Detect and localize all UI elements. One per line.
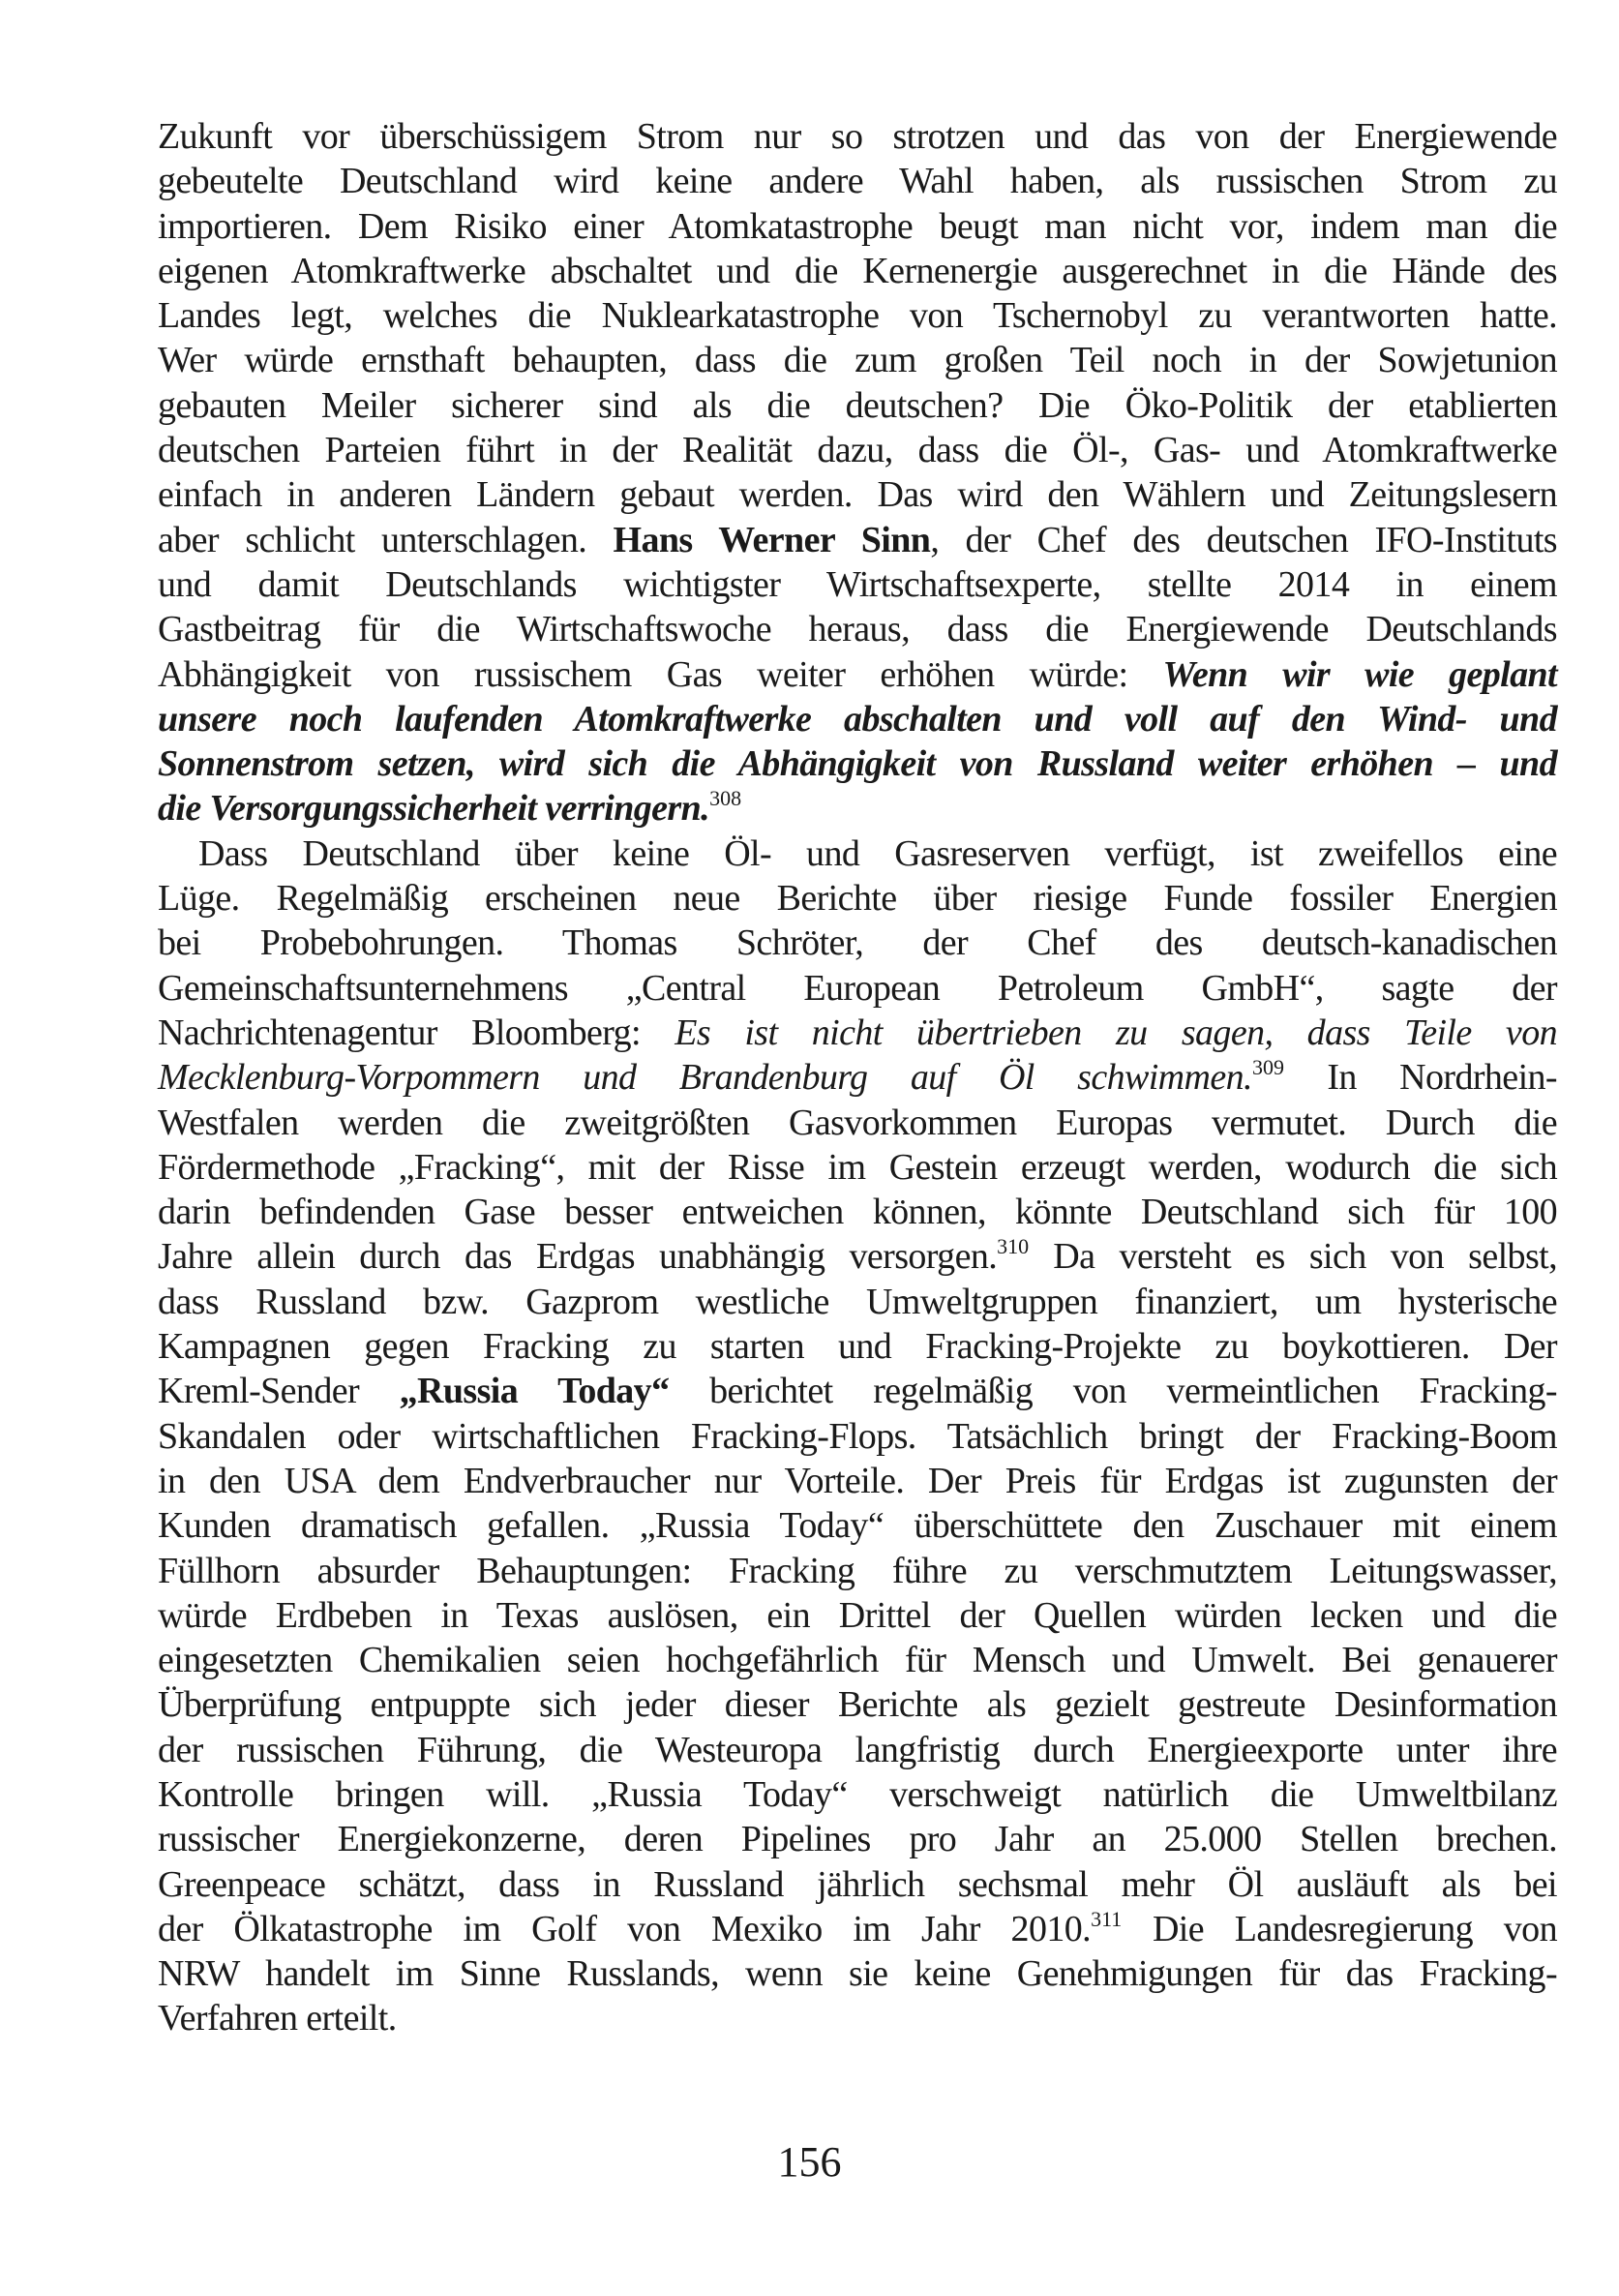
page-number: 156 [0, 2137, 1619, 2187]
text-line: Nachrichtenagentur Bloomberg: Es ist nic… [158, 1011, 1557, 1055]
text-line: Lüge. Regelmäßig erscheinen neue Bericht… [158, 876, 1557, 921]
text-line: Fördermethode „Fracking“, mit der Risse … [158, 1145, 1557, 1190]
text-line: die Versorgungssicherheit verringern.308 [158, 786, 1557, 831]
text-line: deutschen Parteien führt in der Realität… [158, 428, 1557, 472]
text-line: importieren. Dem Risiko einer Atomkatast… [158, 204, 1557, 249]
text-segment: der russischen Führung, die Westeuropa l… [158, 1730, 1557, 1770]
text-line: Füllhorn absurder Behauptungen: Fracking… [158, 1549, 1557, 1593]
text-line: Jahre allein durch das Erdgas unabhängig… [158, 1234, 1557, 1279]
text-segment: der Ölkatastrophe im Golf von Mexiko im … [158, 1909, 1091, 1949]
text-line: darin befindenden Gase besser entweichen… [158, 1190, 1557, 1234]
text-line: in den USA dem Endverbraucher nur Vortei… [158, 1459, 1557, 1503]
text-segment: und damit Deutschlands wichtigster Wirts… [158, 564, 1557, 605]
bold-italic-quote: unsere noch laufenden Atomkraftwerke abs… [158, 699, 1557, 740]
text-line: Gastbeitrag für die Wirtschaftswoche her… [158, 607, 1557, 651]
text-segment: gebeutelte Deutschland wird keine andere… [158, 161, 1557, 201]
text-line: aber schlicht unterschlagen. Hans Werner… [158, 518, 1557, 562]
text-line: Verfahren erteilt. [158, 1996, 1557, 2040]
text-segment: In Nordrhein- [1284, 1057, 1557, 1098]
italic-quote: Es ist nicht übertrieben zu sagen, dass … [675, 1012, 1557, 1053]
text-segment: bei Probebohrungen. Thomas Schröter, der… [158, 922, 1557, 963]
text-segment: berichtet regelmäßig von vermeintlichen … [669, 1371, 1557, 1411]
text-segment: eingesetzten Chemikalien seien hochgefäh… [158, 1640, 1557, 1680]
text-segment: einfach in anderen Ländern gebaut werden… [158, 474, 1557, 515]
text-segment: NRW handelt im Sinne Russlands, wenn sie… [158, 1953, 1557, 1994]
text-line: Skandalen oder wirtschaftlichen Fracking… [158, 1414, 1557, 1459]
text-line: gebeutelte Deutschland wird keine andere… [158, 159, 1557, 203]
text-line: Mecklenburg-Vorpommern und Brandenburg a… [158, 1055, 1557, 1100]
text-line: eingesetzten Chemikalien seien hochgefäh… [158, 1638, 1557, 1682]
text-line: Wer würde ernsthaft behaupten, dass die … [158, 338, 1557, 382]
text-segment: Dass Deutschland über keine Öl- und Gasr… [198, 833, 1557, 874]
text-line: russischer Energiekonzerne, deren Pipeli… [158, 1817, 1557, 1861]
text-segment: russischer Energiekonzerne, deren Pipeli… [158, 1819, 1557, 1859]
text-segment: Skandalen oder wirtschaftlichen Fracking… [158, 1416, 1557, 1457]
text-line: Kreml-Sender „Russia Today“ berichtet re… [158, 1369, 1557, 1413]
text-segment: Abhängigkeit von russischem Gas weiter e… [158, 654, 1163, 695]
text-segment: Kreml-Sender [158, 1371, 400, 1411]
text-segment: in den USA dem Endverbraucher nur Vortei… [158, 1461, 1557, 1501]
text-segment: Gastbeitrag für die Wirtschaftswoche her… [158, 609, 1557, 650]
text-segment: Jahre allein durch das Erdgas unabhängig… [158, 1236, 997, 1277]
text-line: NRW handelt im Sinne Russlands, wenn sie… [158, 1951, 1557, 1996]
text-segment: gebauten Meiler sicherer sind als die de… [158, 385, 1557, 426]
text-line: der russischen Führung, die Westeuropa l… [158, 1728, 1557, 1772]
text-segment: Da versteht es sich von selbst, [1029, 1236, 1557, 1277]
page-body-text: Zukunft vor überschüssigem Strom nur so … [158, 114, 1557, 2041]
text-line: Zukunft vor überschüssigem Strom nur so … [158, 114, 1557, 159]
text-segment: Wer würde ernsthaft behaupten, dass die … [158, 340, 1557, 380]
text-line: Kontrolle bringen will. „Russia Today“ v… [158, 1772, 1557, 1817]
text-line: dass Russland bzw. Gazprom westliche Umw… [158, 1280, 1557, 1324]
text-segment: , der Chef des deutschen IFO-Instituts [930, 520, 1557, 560]
text-line: der Ölkatastrophe im Golf von Mexiko im … [158, 1907, 1557, 1951]
text-segment: Nachrichtenagentur Bloomberg: [158, 1012, 675, 1053]
text-line: Gemeinschaftsunternehmens „Central Europ… [158, 966, 1557, 1011]
text-line: unsere noch laufenden Atomkraftwerke abs… [158, 697, 1557, 741]
bold-italic-quote: die Versorgungssicherheit verringern. [158, 788, 709, 829]
text-segment: Fördermethode „Fracking“, mit der Risse … [158, 1147, 1557, 1188]
text-line: Landes legt, welches die Nuklearkatastro… [158, 293, 1557, 338]
text-line: Überprüfung entpuppte sich jeder dieser … [158, 1682, 1557, 1727]
text-segment: Zukunft vor überschüssigem Strom nur so … [158, 116, 1557, 157]
text-line: Westfalen werden die zweitgrößten Gasvor… [158, 1101, 1557, 1145]
italic-quote: Mecklenburg-Vorpommern und Brandenburg a… [158, 1057, 1252, 1098]
text-segment: Die Landesregierung von [1122, 1909, 1557, 1949]
text-line: Abhängigkeit von russischem Gas weiter e… [158, 652, 1557, 697]
text-segment: Kunden dramatisch gefallen. „Russia Toda… [158, 1505, 1557, 1546]
text-segment: Gemeinschaftsunternehmens „Central Europ… [158, 968, 1557, 1009]
footnote-reference: 311 [1091, 1907, 1122, 1931]
footnote-reference: 309 [1252, 1055, 1284, 1079]
text-segment: darin befindenden Gase besser entweichen… [158, 1192, 1557, 1232]
bold-italic-quote: Sonnenstrom setzen, wird sich die Abhäng… [158, 743, 1557, 784]
text-line: Sonnenstrom setzen, wird sich die Abhäng… [158, 741, 1557, 786]
text-line: Dass Deutschland über keine Öl- und Gasr… [158, 831, 1557, 876]
text-segment: importieren. Dem Risiko einer Atomkatast… [158, 206, 1557, 247]
text-segment: Greenpeace schätzt, dass in Russland jäh… [158, 1864, 1557, 1905]
bold-text: Hans Werner Sinn [614, 520, 931, 560]
footnote-reference: 310 [997, 1234, 1029, 1258]
text-line: Kunden dramatisch gefallen. „Russia Toda… [158, 1503, 1557, 1548]
text-line: Kampagnen gegen Fracking zu starten und … [158, 1324, 1557, 1369]
bold-italic-quote: Wenn wir wie geplant [1163, 654, 1558, 695]
text-segment: Füllhorn absurder Behauptungen: Fracking… [158, 1551, 1557, 1591]
text-segment: Lüge. Regelmäßig erscheinen neue Bericht… [158, 878, 1557, 919]
bold-text: „Russia Today“ [400, 1371, 670, 1411]
text-segment: Landes legt, welches die Nuklearkatastro… [158, 295, 1557, 336]
text-segment: dass Russland bzw. Gazprom westliche Umw… [158, 1282, 1557, 1322]
footnote-reference: 308 [709, 786, 741, 810]
text-segment: eigenen Atomkraftwerke abschaltet und di… [158, 251, 1557, 291]
text-line: und damit Deutschlands wichtigster Wirts… [158, 562, 1557, 607]
text-segment: würde Erdbeben in Texas auslösen, ein Dr… [158, 1595, 1557, 1636]
text-segment: Kampagnen gegen Fracking zu starten und … [158, 1326, 1557, 1367]
text-segment: Überprüfung entpuppte sich jeder dieser … [158, 1684, 1557, 1725]
text-line: einfach in anderen Ländern gebaut werden… [158, 472, 1557, 517]
text-line: eigenen Atomkraftwerke abschaltet und di… [158, 249, 1557, 293]
text-line: Greenpeace schätzt, dass in Russland jäh… [158, 1862, 1557, 1907]
text-line: bei Probebohrungen. Thomas Schröter, der… [158, 921, 1557, 965]
text-segment: Kontrolle bringen will. „Russia Today“ v… [158, 1774, 1557, 1815]
text-segment: Verfahren erteilt. [158, 1998, 397, 2039]
text-segment: aber schlicht unterschlagen. [158, 520, 614, 560]
text-line: würde Erdbeben in Texas auslösen, ein Dr… [158, 1593, 1557, 1638]
text-segment: deutschen Parteien führt in der Realität… [158, 430, 1557, 470]
text-line: gebauten Meiler sicherer sind als die de… [158, 383, 1557, 428]
text-segment: Westfalen werden die zweitgrößten Gasvor… [158, 1103, 1557, 1143]
